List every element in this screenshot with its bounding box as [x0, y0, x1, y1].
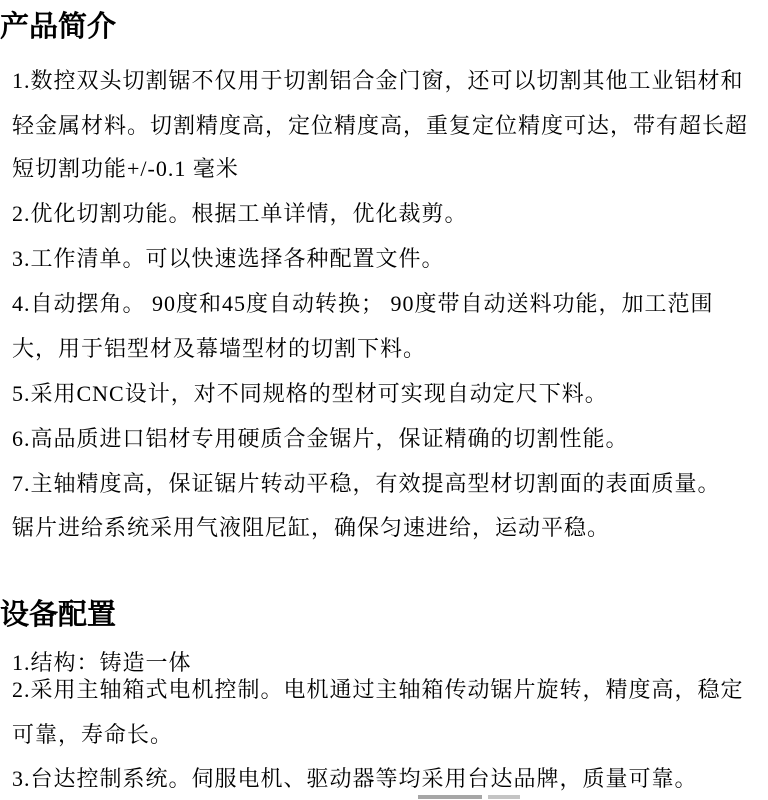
- text-line: 6.高品质进口铝材专用硬质合金锯片，保证精确的切割性能。: [12, 426, 629, 452]
- text-line: 大，用于铝型材及幕墙型材的切割下料。: [12, 336, 426, 362]
- text-line: 5.采用CNC设计，对不同规格的型材可实现自动定尺下料。: [12, 381, 608, 407]
- text-line: 1.数控双头切割锯不仅用于切割铝合金门窗，还可以切割其他工业铝材和: [12, 68, 744, 94]
- product-description-page: 产品简介 1.数控双头切割锯不仅用于切割铝合金门窗，还可以切割其他工业铝材和轻金…: [0, 0, 768, 800]
- text-line: 3.台达控制系统。伺服电机、驱动器等均采用台达品牌，质量可靠。: [12, 766, 698, 792]
- cropped-image-fragment-left: [418, 795, 482, 799]
- cropped-image-fragment-right: [488, 795, 520, 799]
- text-line: 1.结构：铸造一体: [12, 650, 192, 676]
- text-line: 轻金属材料。切割精度高，定位精度高，重复定位精度可达，带有超长超: [12, 113, 748, 139]
- text-line: 短切割功能+/-0.1 毫米: [12, 156, 239, 182]
- text-line: 2.优化切割功能。根据工单详情，优化裁剪。: [12, 201, 468, 227]
- cropped-image-fragment: [0, 795, 768, 800]
- text-line: 可靠，寿命长。: [12, 722, 173, 748]
- section-heading-equipment-config: 设备配置: [0, 598, 116, 632]
- text-line: 3.工作清单。可以快速选择各种配置文件。: [12, 246, 445, 272]
- text-line: 4.自动摆角。 90度和45度自动转换； 90度带自动送料功能，加工范围: [12, 291, 714, 317]
- text-line: 7.主轴精度高，保证锯片转动平稳，有效提高型材切割面的表面质量。: [12, 471, 721, 497]
- text-line: 锯片进给系统采用气液阻尼缸，确保匀速进给，运动平稳。: [12, 515, 610, 541]
- text-line: 2.采用主轴箱式电机控制。电机通过主轴箱传动锯片旋转，精度高，稳定: [12, 677, 744, 703]
- section-heading-product-intro: 产品简介: [0, 10, 116, 44]
